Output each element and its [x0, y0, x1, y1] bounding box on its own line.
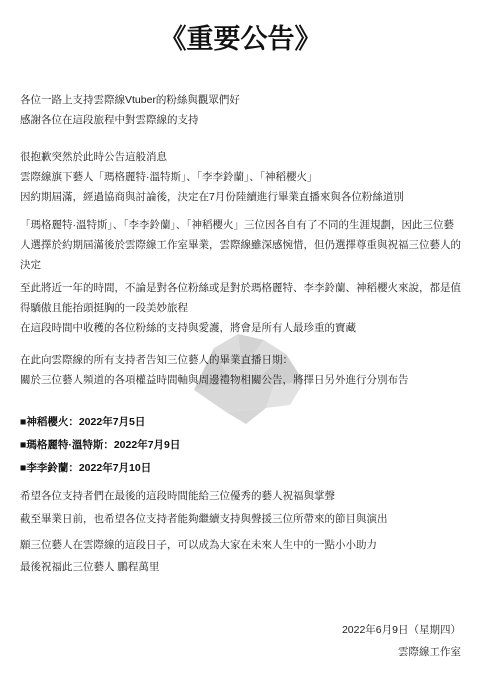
text-line: 因約期屆滿，經過協商與討論後，決定在7月份陸續進行畢業直播來與各位粉絲道別	[20, 187, 461, 207]
paragraph-closing: 願三位藝人在雲際線的這段日子，可以成為大家在未來人生中的一點小小助力 最後祝福此…	[20, 534, 461, 578]
text-line: 雲際線旗下藝人「瑪格麗特·溫特斯」、「李李鈴蘭」、「神稻櫻火」	[20, 167, 461, 187]
text-line: 截至畢業日前，也希望各位支持者能夠繼續支持與聲援三位所帶來的節目與演出	[20, 508, 461, 531]
date-line: 2022年6月9日（星期四）	[20, 619, 461, 641]
schedule-item: ■神稻櫻火：2022年7月5日	[20, 411, 461, 434]
announcement-page: 《重要公告》 各位一路上支持雲際線Vtuber的粉絲與觀眾們好 感謝各位在這段旅…	[0, 0, 481, 680]
schedule-item: ■李李鈴蘭：2022年7月10日	[20, 457, 461, 480]
paragraph-wishes: 希望各位支持者們在最後的這段時間能給三位優秀的藝人祝福與掌聲 截至畢業日前，也希…	[20, 485, 461, 531]
text-line: 各位一路上支持雲際線Vtuber的粉絲與觀眾們好	[20, 90, 461, 110]
text-line: 很抱歉突然於此時公告這般消息	[20, 147, 461, 167]
page-title: 《重要公告》	[20, 0, 461, 56]
paragraph-reason: 「瑪格麗特·溫特斯」、「李李鈴蘭」、「神稻櫻火」三位因各自有了不同的生涯規劃，因…	[20, 215, 461, 275]
text-line: 「瑪格麗特·溫特斯」、「李李鈴蘭」、「神稻櫻火」三位因各自有了不同的生涯規劃，因…	[20, 215, 461, 275]
text-line: 在這段時間中收穫的各位粉絲的支持與愛護，將會是所有人最珍重的寶藏	[20, 318, 461, 338]
text-line: 最後祝福此三位藝人 鵬程萬里	[20, 556, 461, 578]
text-line: 至此將近一年的時間，不論是對各位粉絲或是對於瑪格麗特、李李鈴蘭、神稻櫻火來說，都…	[20, 278, 461, 318]
paragraph-reflection: 至此將近一年的時間，不論是對各位粉絲或是對於瑪格麗特、李李鈴蘭、神稻櫻火來說，都…	[20, 278, 461, 338]
schedule-item: ■瑪格麗特·溫特斯：2022年7月9日	[20, 434, 461, 457]
signature-line: 雲際線工作室	[20, 641, 461, 663]
text-line: 關於三位藝人頻道的各項權益時間軸與周邊禮物相關公告，將擇日另外進行分別布告	[20, 370, 461, 390]
paragraph-graduation-notice: 在此向雲際線的所有支持者告知三位藝人的畢業直播日期： 關於三位藝人頻道的各項權益…	[20, 350, 461, 390]
document-content: 《重要公告》 各位一路上支持雲際線Vtuber的粉絲與觀眾們好 感謝各位在這段旅…	[0, 0, 481, 663]
text-line: 在此向雲際線的所有支持者告知三位藝人的畢業直播日期：	[20, 350, 461, 370]
graduation-schedule-list: ■神稻櫻火：2022年7月5日 ■瑪格麗特·溫特斯：2022年7月9日 ■李李鈴…	[20, 411, 461, 480]
text-line: 願三位藝人在雲際線的這段日子，可以成為大家在未來人生中的一點小小助力	[20, 534, 461, 556]
text-line: 希望各位支持者們在最後的這段時間能給三位優秀的藝人祝福與掌聲	[20, 485, 461, 508]
document-footer: 2022年6月9日（星期四） 雲際線工作室	[20, 619, 461, 663]
paragraph-announcement: 很抱歉突然於此時公告這般消息 雲際線旗下藝人「瑪格麗特·溫特斯」、「李李鈴蘭」、…	[20, 147, 461, 207]
text-line: 感謝各位在這段旅程中對雲際線的支持	[20, 110, 461, 130]
paragraph-greeting: 各位一路上支持雲際線Vtuber的粉絲與觀眾們好 感謝各位在這段旅程中對雲際線的…	[20, 90, 461, 130]
